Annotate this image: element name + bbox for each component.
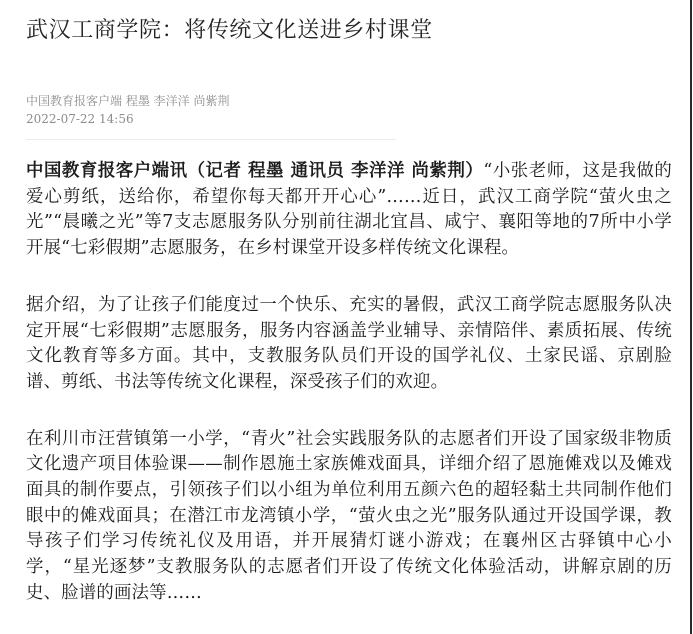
article-paragraph-2: 据介绍，为了让孩子们能度过一个快乐、充实的暑假，武汉工商学院志愿服务队决定开展“…: [26, 293, 672, 396]
article-meta: 中国教育报客户端 程墨 李洋洋 尚紫荆 2022-07-22 14:56: [26, 92, 229, 128]
dateline-lead: 中国教育报客户端讯（记者 程墨 通讯员 李洋洋 尚紫荆）: [26, 161, 483, 181]
article-paragraph-3: 在利川市汪营镇第一小学，“青火”社会实践服务队的志愿者们开设了国家级非物质文化遗…: [26, 427, 672, 607]
article-title: 武汉工商学院：将传统文化送进乡村课堂: [26, 16, 433, 46]
article-byline: 中国教育报客户端 程墨 李洋洋 尚紫荆: [26, 92, 229, 110]
meta-divider: [26, 139, 396, 140]
article-body: 中国教育报客户端讯（记者 程墨 通讯员 李洋洋 尚紫荆）“小张老师，这是我做的爱…: [26, 159, 672, 634]
article-datetime: 2022-07-22 14:56: [26, 110, 229, 128]
article-paragraph-1: 中国教育报客户端讯（记者 程墨 通讯员 李洋洋 尚紫荆）“小张老师，这是我做的爱…: [26, 159, 672, 262]
article-page: 武汉工商学院：将传统文化送进乡村课堂 中国教育报客户端 程墨 李洋洋 尚紫荆 2…: [0, 0, 690, 634]
window-edge-border: [690, 0, 692, 634]
